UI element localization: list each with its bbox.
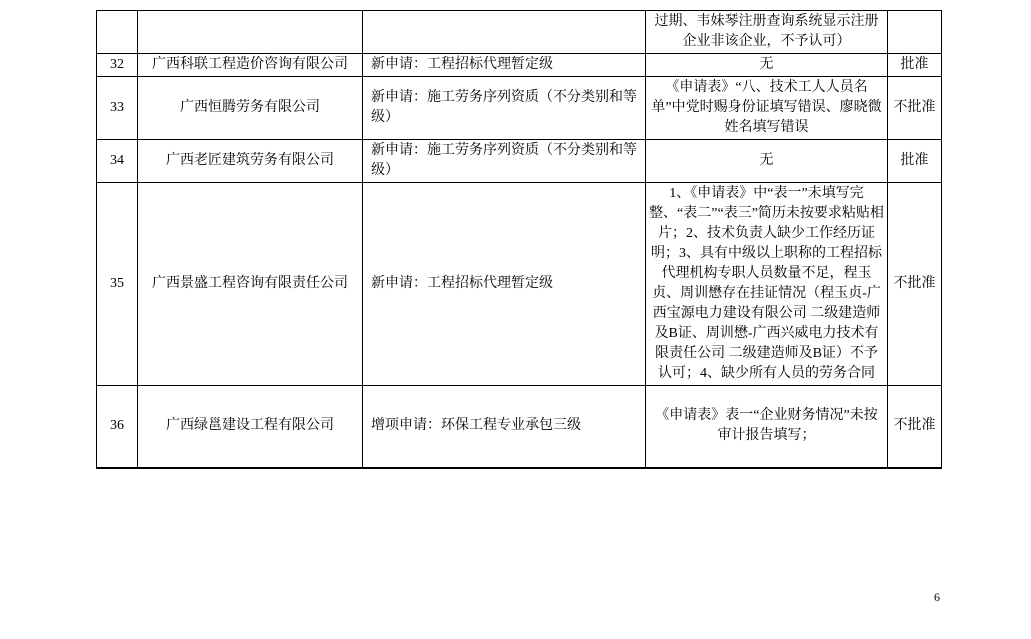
table-row: 32 广西科联工程造价咨询有限公司 新申请：工程招标代理暂定级 无 批准 (97, 54, 942, 77)
table-row: 36 广西绿邕建设工程有限公司 增项申请：环保工程专业承包三级 《申请表》表一“… (97, 386, 942, 468)
table-row: 33 广西恒腾劳务有限公司 新申请：施工劳务序列资质（不分类别和等级） 《申请表… (97, 77, 942, 140)
row-number-cell: 35 (97, 183, 138, 386)
approval-result-cell: 不批准 (888, 183, 942, 386)
company-name-cell: 广西绿邕建设工程有限公司 (138, 386, 363, 468)
application-type-cell: 新申请：施工劳务序列资质（不分类别和等级） (363, 140, 646, 183)
row-number-cell: 36 (97, 386, 138, 468)
approval-result-cell: 批准 (888, 140, 942, 183)
row-number-cell: 34 (97, 140, 138, 183)
company-name-cell: 广西景盛工程咨询有限责任公司 (138, 183, 363, 386)
approval-result-cell: 批准 (888, 54, 942, 77)
review-reason-cell: 1、《申请表》中“表一”未填写完整、“表二”“表三”简历未按要求粘贴相片；2、技… (646, 183, 888, 386)
application-type-cell: 新申请：工程招标代理暂定级 (363, 54, 646, 77)
company-name-cell (138, 11, 363, 54)
application-type-cell: 增项申请：环保工程专业承包三级 (363, 386, 646, 468)
page-number: 6 (922, 590, 952, 604)
approval-result-cell: 不批准 (888, 386, 942, 468)
company-name-cell: 广西科联工程造价咨询有限公司 (138, 54, 363, 77)
company-name-cell: 广西老匠建筑劳务有限公司 (138, 140, 363, 183)
review-reason-cell: 《申请表》“八、技术工人人员名单”中党时赐身份证填写错误、廖晓微姓名填写错误 (646, 77, 888, 140)
review-reason-cell: 无 (646, 140, 888, 183)
company-name-cell: 广西恒腾劳务有限公司 (138, 77, 363, 140)
review-reason-cell: 《申请表》表一“企业财务情况”未按审计报告填写； (646, 386, 888, 468)
table-row: 34 广西老匠建筑劳务有限公司 新申请：施工劳务序列资质（不分类别和等级） 无 … (97, 140, 942, 183)
table-row: 过期、韦妹琴注册查询系统显示注册企业非该企业，不予认可） (97, 11, 942, 54)
approval-result-cell: 不批准 (888, 77, 942, 140)
application-type-cell: 新申请：施工劳务序列资质（不分类别和等级） (363, 77, 646, 140)
application-type-cell (363, 11, 646, 54)
row-number-cell: 32 (97, 54, 138, 77)
approval-result-cell (888, 11, 942, 54)
approval-table: 过期、韦妹琴注册查询系统显示注册企业非该企业，不予认可） 32 广西科联工程造价… (96, 10, 942, 469)
application-type-cell: 新申请：工程招标代理暂定级 (363, 183, 646, 386)
table-row: 35 广西景盛工程咨询有限责任公司 新申请：工程招标代理暂定级 1、《申请表》中… (97, 183, 942, 386)
review-reason-cell: 过期、韦妹琴注册查询系统显示注册企业非该企业，不予认可） (646, 11, 888, 54)
document-page: 过期、韦妹琴注册查询系统显示注册企业非该企业，不予认可） 32 广西科联工程造价… (0, 0, 1031, 639)
row-number-cell: 33 (97, 77, 138, 140)
row-number-cell (97, 11, 138, 54)
review-reason-cell: 无 (646, 54, 888, 77)
